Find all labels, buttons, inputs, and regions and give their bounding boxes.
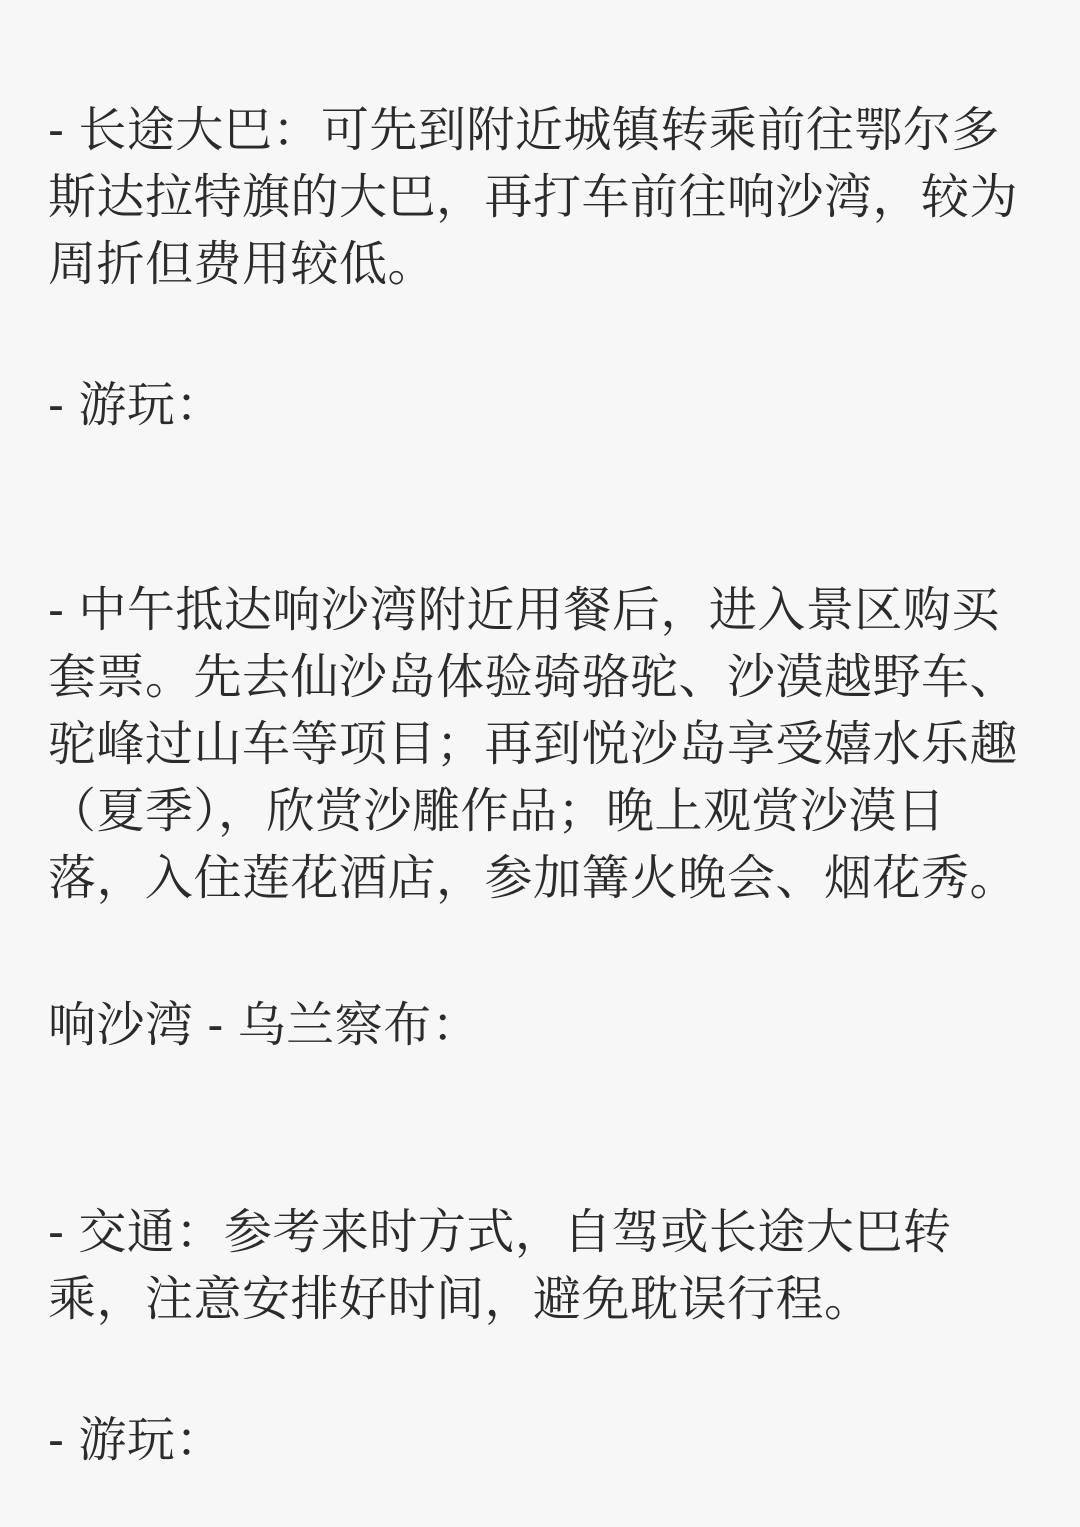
paragraph-longdistance-bus: - 长途大巴：可先到附近城镇转乘前往鄂尔多 斯达拉特旗的大巴，再打车前往响沙湾，… bbox=[48, 97, 1038, 298]
text-line: 周折但费用较低。 bbox=[48, 231, 1038, 298]
text-line: - 中午抵达响沙湾附近用餐后，进入景区购买 bbox=[48, 577, 1038, 644]
text-line: - 游玩： bbox=[48, 372, 1038, 439]
paragraph-transport: - 交通：参考来时方式，自驾或长途大巴转 乘，注意安排好时间，避免耽误行程。 bbox=[48, 1199, 1038, 1333]
paragraph-play-label: - 游玩： bbox=[48, 372, 1038, 439]
document-page: - 长途大巴：可先到附近城镇转乘前往鄂尔多 斯达拉特旗的大巴，再打车前往响沙湾，… bbox=[0, 0, 1080, 1527]
text-line: - 交通：参考来时方式，自驾或长途大巴转 bbox=[48, 1199, 1038, 1266]
text-line: （夏季），欣赏沙雕作品；晚上观赏沙漠日 bbox=[48, 778, 1038, 845]
heading-xiangshawan-to-ulanqab: 响沙湾 - 乌兰察布： bbox=[48, 992, 1038, 1059]
text-line: 落，入住莲花酒店，参加篝火晚会、烟花秀。 bbox=[48, 845, 1038, 912]
paragraph-play-label-2: - 游玩： bbox=[48, 1407, 1038, 1474]
text-line: - 游玩： bbox=[48, 1407, 1038, 1474]
text-line: 驼峰过山车等项目；再到悦沙岛享受嬉水乐趣 bbox=[48, 711, 1038, 778]
text-line: 乘，注意安排好时间，避免耽误行程。 bbox=[48, 1266, 1038, 1333]
text-line: 斯达拉特旗的大巴，再打车前往响沙湾，较为 bbox=[48, 164, 1038, 231]
text-line: 套票。先去仙沙岛体验骑骆驼、沙漠越野车、 bbox=[48, 644, 1038, 711]
paragraph-noon-itinerary: - 中午抵达响沙湾附近用餐后，进入景区购买 套票。先去仙沙岛体验骑骆驼、沙漠越野… bbox=[48, 577, 1038, 912]
text-line: 响沙湾 - 乌兰察布： bbox=[48, 992, 1038, 1059]
text-line: - 长途大巴：可先到附近城镇转乘前往鄂尔多 bbox=[48, 97, 1038, 164]
